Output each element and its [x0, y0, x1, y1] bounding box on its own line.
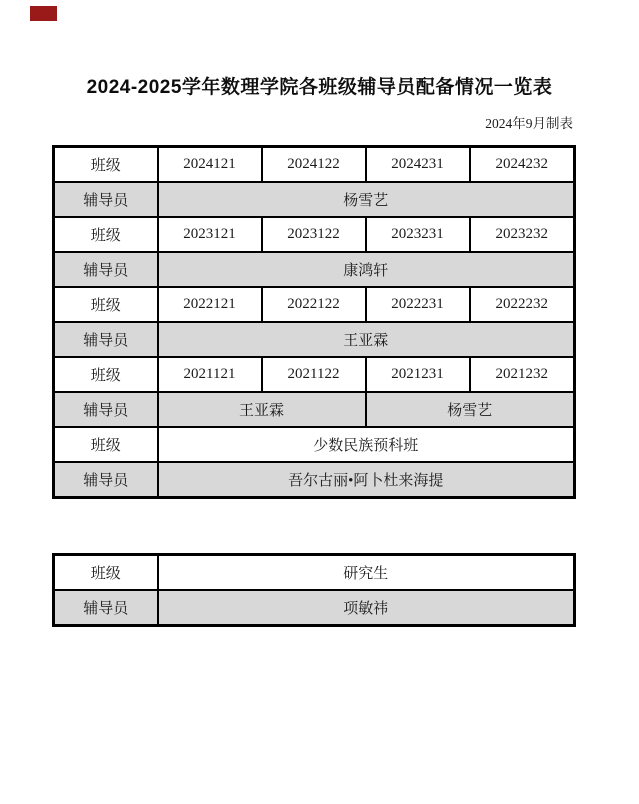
class-number-cell: 2024122	[262, 147, 366, 183]
table-row: 辅导员 吾尔古丽•阿卜杜来海提	[54, 462, 575, 498]
counselor-label-cell: 辅导员	[54, 182, 158, 217]
counselor-name-cell: 王亚霖	[158, 392, 366, 427]
class-number-cell: 2021232	[470, 357, 575, 392]
class-number-cell: 2022232	[470, 287, 575, 322]
class-number-cell: 2022121	[158, 287, 262, 322]
counselor-name-cell: 项敏祎	[158, 590, 575, 626]
counselor-label-cell: 辅导员	[54, 392, 158, 427]
class-number-cell: 2023122	[262, 217, 366, 252]
class-number-cell: 2024121	[158, 147, 262, 183]
table-row: 班级 2024121 2024122 2024231 2024232	[54, 147, 575, 183]
class-number-cell: 2023121	[158, 217, 262, 252]
table-row: 辅导员 杨雪艺	[54, 182, 575, 217]
counselor-name-cell: 杨雪艺	[158, 182, 575, 217]
table-row: 班级 2023121 2023122 2023231 2023232	[54, 217, 575, 252]
class-number-cell: 2021231	[366, 357, 470, 392]
class-label-cell: 班级	[54, 357, 158, 392]
class-number-cell: 2022231	[366, 287, 470, 322]
page-title: 2024-2025学年数理学院各班级辅导员配备情况一览表	[0, 72, 639, 99]
class-number-cell: 2024232	[470, 147, 575, 183]
table-row: 班级 少数民族预科班	[54, 427, 575, 462]
class-name-cell: 研究生	[158, 555, 575, 591]
counselor-table-graduate: 班级 研究生 辅导员 项敏祎	[52, 553, 576, 627]
class-number-cell: 2021121	[158, 357, 262, 392]
table-row: 辅导员 项敏祎	[54, 590, 575, 626]
table-row: 班级 2021121 2021122 2021231 2021232	[54, 357, 575, 392]
document-page: 2024-2025学年数理学院各班级辅导员配备情况一览表 2024年9月制表 班…	[0, 0, 639, 804]
counselor-label-cell: 辅导员	[54, 252, 158, 287]
class-number-cell: 2021122	[262, 357, 366, 392]
class-number-cell: 2024231	[366, 147, 470, 183]
table-row: 辅导员 王亚霖	[54, 322, 575, 357]
counselor-label-cell: 辅导员	[54, 462, 158, 498]
counselor-name-cell: 王亚霖	[158, 322, 575, 357]
counselor-label-cell: 辅导员	[54, 322, 158, 357]
class-name-cell: 少数民族预科班	[158, 427, 575, 462]
class-number-cell: 2023231	[366, 217, 470, 252]
class-label-cell: 班级	[54, 287, 158, 322]
class-number-cell: 2023232	[470, 217, 575, 252]
counselor-name-cell: 吾尔古丽•阿卜杜来海提	[158, 462, 575, 498]
counselor-name-cell: 康鸿轩	[158, 252, 575, 287]
table-row: 班级 2022121 2022122 2022231 2022232	[54, 287, 575, 322]
table-row: 辅导员 王亚霖 杨雪艺	[54, 392, 575, 427]
class-number-cell: 2022122	[262, 287, 366, 322]
class-label-cell: 班级	[54, 217, 158, 252]
red-stamp-marker	[30, 6, 57, 21]
date-note: 2024年9月制表	[485, 112, 573, 132]
class-label-cell: 班级	[54, 555, 158, 591]
counselor-table-main: 班级 2024121 2024122 2024231 2024232 辅导员 杨…	[52, 145, 576, 499]
table-row: 班级 研究生	[54, 555, 575, 591]
class-label-cell: 班级	[54, 427, 158, 462]
counselor-label-cell: 辅导员	[54, 590, 158, 626]
counselor-name-cell: 杨雪艺	[366, 392, 575, 427]
table-row: 辅导员 康鸿轩	[54, 252, 575, 287]
class-label-cell: 班级	[54, 147, 158, 183]
